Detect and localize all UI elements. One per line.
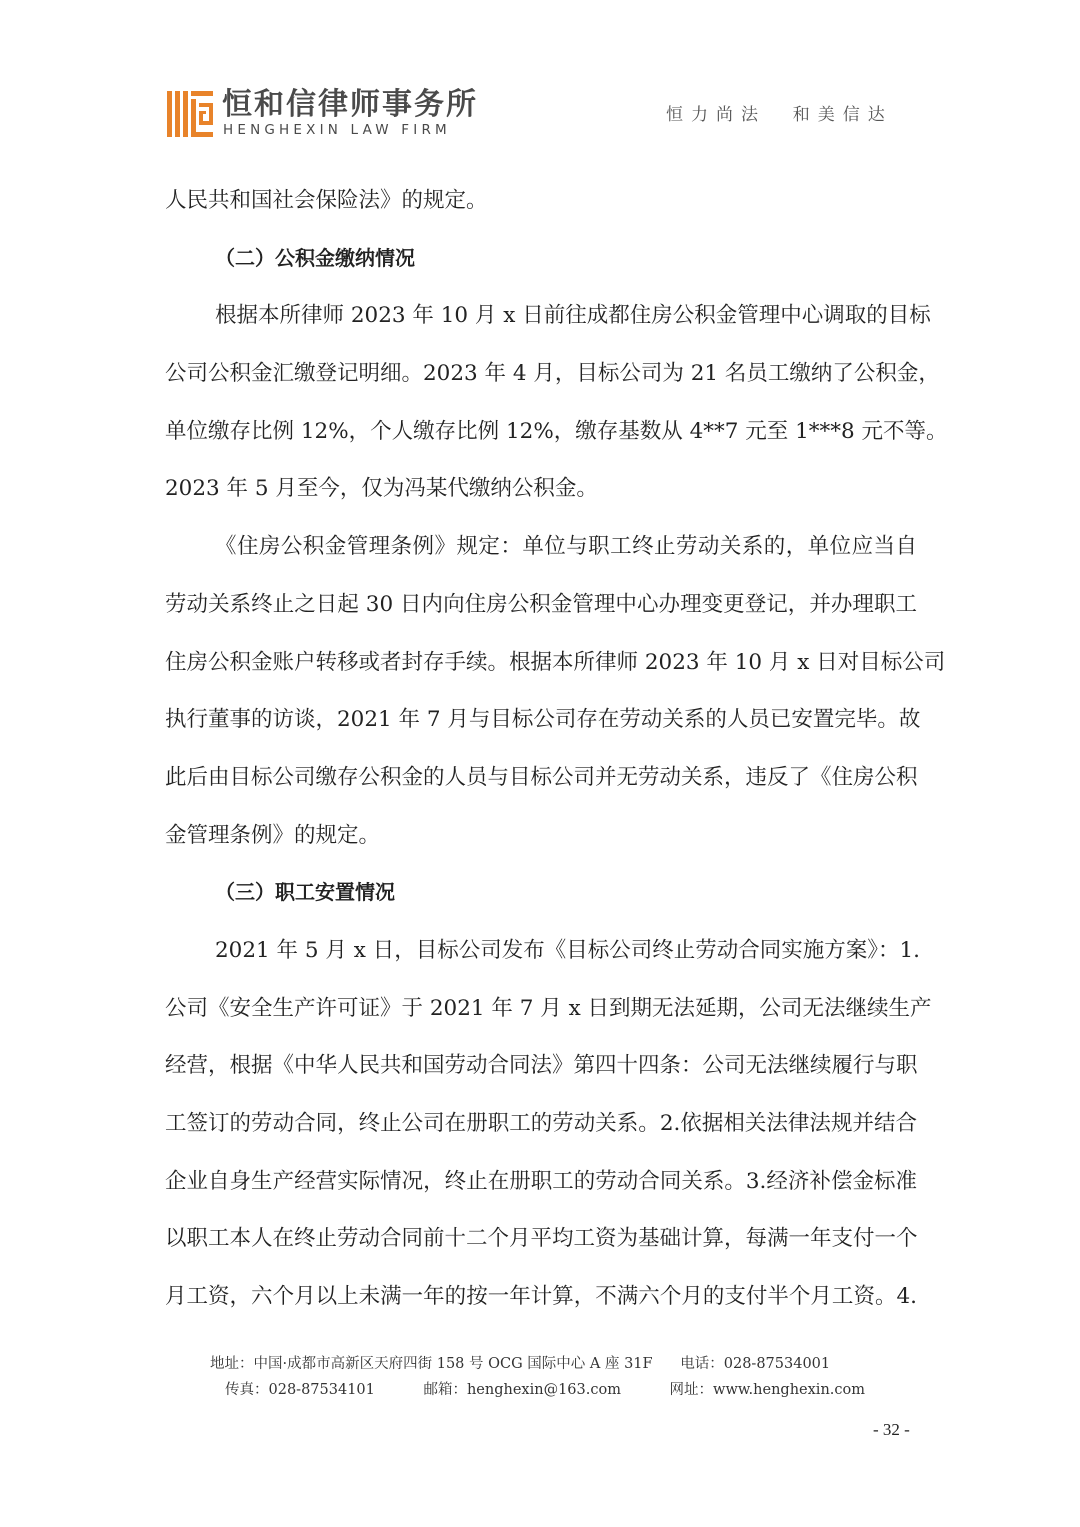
body-text-line: 单位缴存比例 12%，个人缴存比例 12%，缴存基数从 4**7 元至 1***… [165, 403, 917, 461]
body-text-line: 执行董事的访谈，2021 年 7 月与目标公司存在劳动关系的人员已安置完毕。故 [165, 691, 917, 749]
body-text-line: 此后由目标公司缴存公积金的人员与目标公司并无劳动关系，违反了《住房公积 [165, 749, 917, 807]
body-text-line: 《住房公积金管理条例》规定：单位与职工终止劳动关系的，单位应当自 [165, 518, 917, 576]
firm-name-chinese: 恒和信律师事务所 [222, 88, 478, 122]
body-text-line: 2021 年 5 月 x 日，目标公司发布《目标公司终止劳动合同实施方案》：1. [165, 922, 917, 980]
body-text-line: 企业自身生产经营实际情况，终止在册职工的劳动合同关系。3.经济补偿金标准 [165, 1153, 917, 1211]
section-heading: （二）公积金缴纳情况 [165, 230, 917, 288]
page-number: - 32 - [873, 1420, 910, 1440]
document-body: 人民共和国社会保险法》的规定。（二）公积金缴纳情况根据本所律师 2023 年 1… [165, 172, 917, 1326]
firm-motto: 恒力尚法 和美信达 [666, 104, 893, 126]
body-text-line: 人民共和国社会保险法》的规定。 [165, 172, 917, 230]
body-text-line: 住房公积金账户转移或者封存手续。根据本所律师 2023 年 10 月 x 日对目… [165, 634, 917, 692]
body-text-line: 月工资，六个月以上未满一年的按一年计算，不满六个月的支付半个月工资。4. [165, 1268, 917, 1326]
footer-email: 邮箱：henghexin@163.com [423, 1378, 621, 1399]
body-text-line: 劳动关系终止之日起 30 日内向住房公积金管理中心办理变更登记，并办理职工 [165, 576, 917, 634]
body-text-line: 金管理条例》的规定。 [165, 807, 917, 865]
body-text-line: 公司《安全生产许可证》于 2021 年 7 月 x 日到期无法延期，公司无法继续… [165, 980, 917, 1038]
body-text-line: 工签订的劳动合同，终止公司在册职工的劳动关系。2.依据相关法律法规并结合 [165, 1095, 917, 1153]
body-text-line: 公司公积金汇缴登记明细。2023 年 4 月，目标公司为 21 名员工缴纳了公积… [165, 345, 917, 403]
footer-fax: 传真：028-87534101 [225, 1378, 375, 1399]
body-text-line: 以职工本人在终止劳动合同前十二个月平均工资为基础计算，每满一年支付一个 [165, 1210, 917, 1268]
firm-name-english: HENGHEXIN LAW FIRM [223, 122, 451, 138]
body-text-line: 2023 年 5 月至今，仅为冯某代缴纳公积金。 [165, 460, 917, 518]
footer-website: 网址：www.henghexin.com [670, 1378, 865, 1399]
section-heading: （三）职工安置情况 [165, 864, 917, 922]
letterhead: 恒和信律师事务所 HENGHEXIN LAW FIRM 恒力尚法 和美信达 [0, 0, 1080, 160]
footer-contact-row: 传真：028-87534101 邮箱：henghexin@163.com 网址：… [225, 1378, 865, 1399]
henghexin-logo-icon [167, 91, 213, 137]
footer-address-phone: 地址：中国·成都市高新区天府四街 158 号 OCG 国际中心 A 座 31F … [210, 1352, 830, 1373]
body-text-line: 经营，根据《中华人民共和国劳动合同法》第四十四条：公司无法继续履行与职 [165, 1037, 917, 1095]
body-text-line: 根据本所律师 2023 年 10 月 x 日前往成都住房公积金管理中心调取的目标 [165, 287, 917, 345]
